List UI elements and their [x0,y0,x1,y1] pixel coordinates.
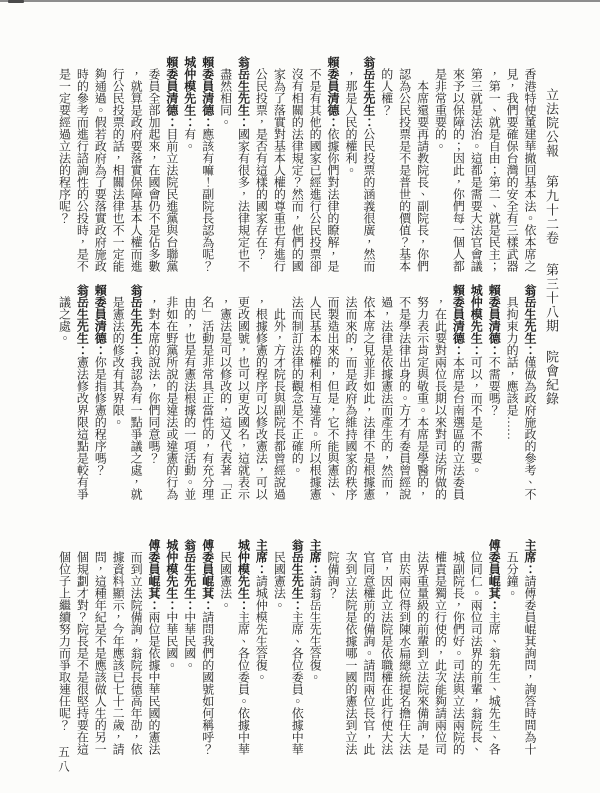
speaker-name: 翁岳生先生： [129,284,143,356]
speech-paragraph: 賴委員清德：應該有嘛！副院長認為呢？ [198,56,216,272]
speech-paragraph: 翁岳生先生：僅做為政府施政的參考、不具拘束力的話，應該是…… [502,284,538,500]
speech-paragraph: 城仲模先生：有。 [180,56,198,272]
issue-label: 第三十八期 [544,263,559,333]
speech-paragraph: 賴委員清德：你是指修憲的程序嗎？ [90,284,108,500]
speaker-name: 賴委員清德： [451,284,465,356]
speech-paragraph: 城仲模先生：主席、各位委員。依據中華民國憲法。 [216,539,252,755]
speaker-name: 城仲模先生： [165,539,179,611]
scan-artifact [8,0,24,3]
speech-paragraph: 主席：請傅委員崐萁詢問，詢答時間為十五分鐘。 [502,539,538,755]
text-band-bottom: 主席：請傅委員崐萁詢問，詢答時間為十五分鐘。傅委員崐萁：主席、翁先生、城先生、各… [55,539,538,755]
speaker-name: 翁岳生先生： [75,284,89,356]
gazette-page: { "colors": { "ink": "#1f1f1f", "paper":… [0,0,600,793]
text-band-middle: 翁岳生先生：僅做為政府施政的參考、不具拘束力的話，應該是……賴委員清德：不需要嗎… [55,284,538,500]
text-paragraph: 本席還要再請教院長、副院長，你們認為公民投票是不是普世的價值？基本的人權？ [377,56,431,272]
speaker-name: 賴委員清德： [165,56,179,128]
speech-paragraph: 主席：請翁岳生先生答復。 [305,539,323,755]
speech-paragraph: 翁岳生先生：主席、各位委員。依據中華民國憲法。 [269,539,305,755]
speech-paragraph: 賴委員清德：目前立法院民進黨與台聯黨委員全部加起來，在國會仍不是佔多數，就算是政… [55,56,180,272]
speech-paragraph: 翁岳生先生：中華民國。 [180,539,198,755]
speech-paragraph: 傅委員崐萁：兩位是依據中華民國的憲法而到立法院備詢，翁院長德高年劭，依據資料顯示… [55,539,162,755]
gazette-header: 立法院公報 第九十二卷 第三十八期 院會紀錄 [543,88,560,728]
section-label: 院會紀錄 [544,350,559,406]
speaker-name: 翁岳生先生： [523,284,537,356]
journal-title: 立法院公報 [544,88,559,158]
speech-paragraph: 翁岳生先生：國家有很多，法律規定也不盡然相同。 [216,56,252,272]
text-paragraph: 此外，方才院長與副院長都曾經說過，根據修憲的程序可以修改憲法，可以更改國號，也可… [144,284,287,500]
speech-paragraph: 翁岳生先生：我認為有一點爭議之處，就是憲法的修改有其界限。 [108,284,144,500]
speech-paragraph: 城仲模先生：中華民國。 [162,539,180,755]
volume-label: 第九十二卷 [544,175,559,245]
speaker-name: 賴委員清德： [93,284,107,356]
speaker-name: 主席： [254,539,268,575]
speaker-name: 城仲模先生： [183,56,197,128]
text-band-top: 香港特使董建華撤回基本法。依本席之見，我們要確保台灣的安全有三樣武器，第一、就是… [55,56,538,272]
speaker-name: 賴委員清德： [487,284,501,356]
speaker-name: 翁岳生先生： [237,56,251,128]
speech-paragraph: 傅委員崐萁：請問我們的國號如何稱呼？ [198,539,216,755]
speaker-name: 主席： [523,539,537,575]
speech-paragraph: 城仲模先生：可以，而不是不需要。 [466,284,484,500]
speech-paragraph: 賴委員清德：不需要嗎？ [484,284,502,500]
speaker-name: 城仲模先生： [469,284,483,356]
speaker-name: 翁岳生先生： [183,539,197,611]
speech-paragraph: 傅委員崐萁：主席、翁先生、城先生、各位同仁。兩位司法界的前輩，翁院長、城副院長，… [323,539,502,755]
speaker-name: 傅委員崐萁： [487,539,501,611]
speech-paragraph: 賴委員清德：本席是台南選區的立法委員，在此要對兩位長期以來對司法所做的努力表示肯… [287,284,466,500]
speaker-name: 城仲模先生： [237,539,251,611]
speech-paragraph: 賴委員清德：依據你們對法律的瞭解，是不是有其他的國家已經進行公民投票卻沒有相關的… [252,56,342,272]
speech-paragraph: 翁岳生先生：公民投票的涵義很廣，然而，那是人民的權利。 [341,56,377,272]
speech-paragraph: 翁岳生先生：憲法修改界限這點是較有爭議之處。 [55,284,90,500]
scan-top-edge [0,0,600,2]
speaker-name: 翁岳生先生： [362,56,376,128]
speaker-name: 主席： [308,539,322,575]
page-number: 五八 [56,746,70,775]
speaker-name: 賴委員清德： [201,56,215,128]
text-paragraph: 香港特使董建華撤回基本法。依本席之見，我們要確保台灣的安全有三樣武器，第一、就是… [431,56,538,272]
speaker-name: 傅委員崐萁： [147,539,161,611]
speaker-name: 翁岳生先生： [290,539,304,611]
speaker-name: 賴委員清德： [326,56,340,128]
speaker-name: 傅委員崐萁： [201,539,215,611]
speech-paragraph: 主席：請城仲模先生答復。 [252,539,270,755]
